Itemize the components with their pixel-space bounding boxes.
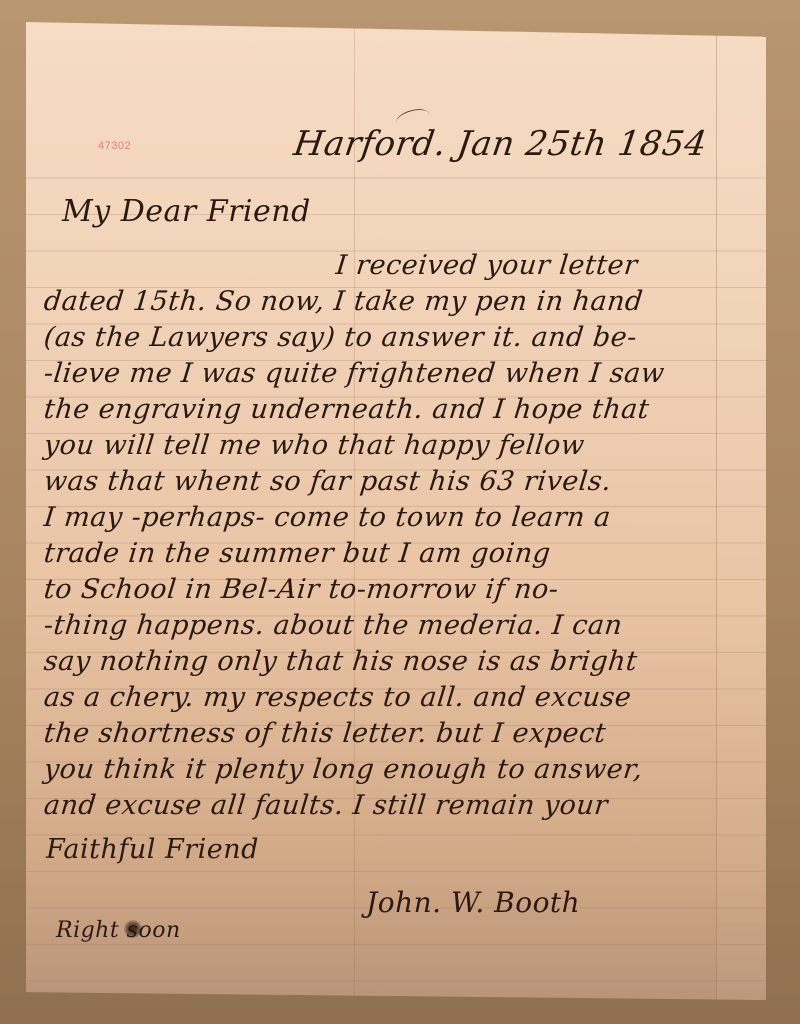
body-line: I may -perhaps- come to town to learn a <box>42 502 612 533</box>
body-line: I received your letter <box>334 250 639 281</box>
dateline: Harford. Jan 25th 1854 <box>291 124 709 164</box>
body-line: say nothing only that his nose is as bri… <box>42 646 639 677</box>
body-line: -lieve me I was quite frightened when I … <box>42 358 666 389</box>
ink-blot <box>124 920 142 938</box>
body-line: and excuse all faults. I still remain yo… <box>42 790 609 821</box>
signature: John. W. Booth <box>366 886 580 919</box>
catalog-number: 47302 <box>98 140 131 152</box>
postscript: Right soon <box>56 918 181 943</box>
body-line: the engraving underneath. and I hope tha… <box>42 394 650 425</box>
body-line: trade in the summer but I am going <box>42 538 552 569</box>
letter-page: 47302 Harford. Jan 25th 1854 My Dear Fri… <box>26 22 766 1000</box>
body-line: dated 15th. So now, I take my pen in han… <box>42 286 644 317</box>
closing: Faithful Friend <box>46 834 259 865</box>
body-line: (as the Lawyers say) to answer it. and b… <box>42 322 638 353</box>
body-line: as a chery. my respects to all. and excu… <box>42 682 633 713</box>
body-line: was that whent so far past his 63 rivels… <box>42 466 613 497</box>
body-line: -thing happens. about the mederia. I can <box>42 610 624 641</box>
salutation: My Dear Friend <box>62 194 311 229</box>
right-margin-strip <box>716 22 767 1000</box>
body-line: the shortness of this letter. but I expe… <box>42 718 607 749</box>
body-line: you will tell me who that happy fellow <box>42 430 586 461</box>
body-line: to School in Bel-Air to-morrow if no- <box>42 574 560 605</box>
body-line: you think it plenty long enough to answe… <box>42 754 644 785</box>
